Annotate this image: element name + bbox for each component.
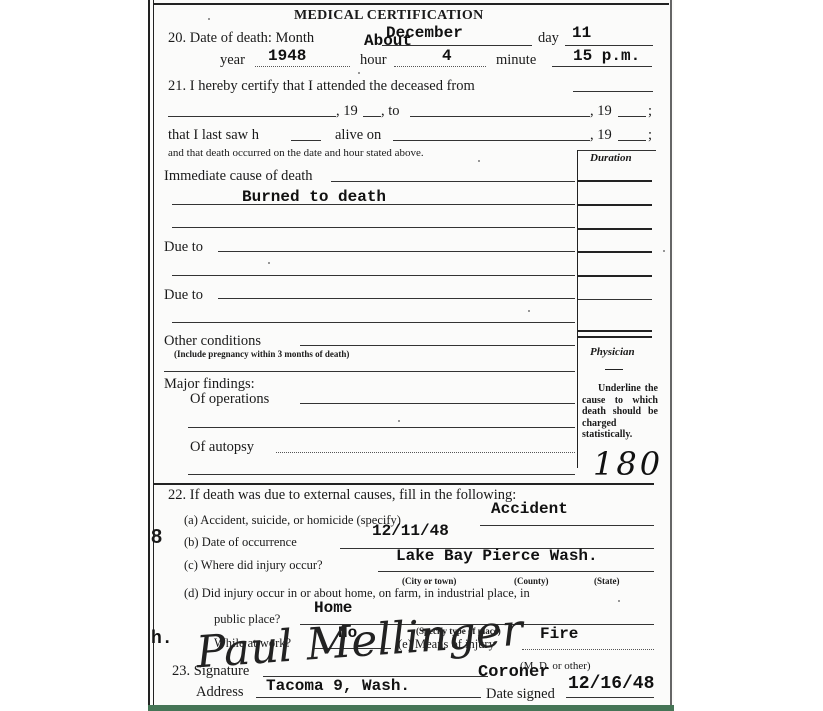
external-causes-heading: 22. If death was due to external causes,… [168,488,516,503]
major-findings-label: Major findings: [164,377,255,392]
minute-label: minute [496,53,536,68]
left-border [148,0,150,705]
hour-label: hour [360,53,387,68]
accident-type-value: Accident [491,501,568,517]
scan-speck [358,72,360,74]
due-to-2-line [218,298,575,299]
cause-line-3 [172,227,575,228]
from-year-line [363,116,381,117]
scan-speck [208,18,210,20]
minute-line [552,66,652,67]
side-column-divider [577,150,578,468]
operations-label: Of operations [190,392,269,407]
scan-speck [268,262,270,264]
date-signed-line [566,697,654,698]
occurrence-date-label: (b) Date of occurrence [184,536,297,549]
line-end-2: ; [648,128,652,143]
physician-header: Physician [590,347,635,358]
duration-line-4 [578,251,652,253]
injury-place-value: Home [314,600,352,616]
other-conditions-line-2 [164,371,575,372]
due-to-1-line-2 [172,275,575,276]
injury-location-value: Lake Bay Pierce Wash. [396,548,598,564]
address-label: Address [196,685,244,700]
hour-qualifier: About [364,33,412,49]
injury-location-line [378,571,654,572]
other-conditions-label: Other conditions [164,334,261,349]
attended-from-line [573,91,653,92]
other-conditions-line [300,345,575,346]
duration-line-2 [578,204,652,206]
date-signed-label: Date signed [486,687,555,702]
immediate-cause-value: Burned to death [242,189,386,205]
left-border-inner [153,0,154,705]
autopsy-line-2 [188,474,575,475]
duration-line-7 [578,330,652,332]
due-to-2-label: Due to [164,288,203,303]
death-minute-value: 15 p.m. [573,48,640,64]
scan-speck [663,250,665,252]
scan-speck [398,420,400,422]
immediate-cause-label: Immediate cause of death [164,169,313,184]
means-of-injury-value: Fire [540,626,578,642]
margin-fragment-text: h. [151,630,173,648]
cause-line-2 [172,204,575,205]
due-to-1-label: Due to [164,240,203,255]
margin-fragment-number: 8 [151,527,162,547]
day-line [565,45,653,46]
death-hour-value: 4 [442,48,452,64]
alive-on-label: alive on [335,128,381,143]
injury-place-label: (d) Did injury occur in or about home, o… [184,587,530,600]
to-year-prefix: , 19 [590,104,612,119]
certify-attended-label: 21. I hereby certify that I attended the… [168,79,475,94]
scan-bottom-edge [148,705,674,711]
duration-header: Duration [590,153,632,164]
last-saw-label: that I last saw h [168,128,259,143]
date-of-death-label: 20. Date of death: Month [168,31,314,46]
operations-line [300,403,575,404]
hour-line [394,66,486,67]
right-border [670,0,672,705]
accident-type-line [480,525,654,526]
death-day-value: 11 [572,25,591,41]
duration-top-line [578,150,656,151]
to-date-line [410,116,590,117]
line-end: ; [648,104,652,119]
scan-speck [618,600,620,602]
alive-year-line [618,140,646,141]
duration-line-6 [578,299,652,300]
year-line [255,66,350,67]
pregnancy-note: (Include pregnancy within 3 months of de… [174,350,349,359]
to-label: , to [381,104,400,119]
county-sublabel: (County) [514,577,549,586]
means-of-injury-line [522,649,654,650]
page-background-right [674,0,823,711]
due-to-1-line [218,251,575,252]
underline-instruction: Underline the cause to which death shoul… [582,383,658,441]
injury-location-label: (c) Where did injury occur? [184,559,323,572]
autopsy-label: Of autopsy [190,440,254,455]
medical-certification-document: MEDICAL CERTIFICATION 20. Date of death:… [148,0,674,705]
scan-speck [478,160,480,162]
pronoun-line [291,140,321,141]
due-to-2-line-2 [172,322,575,323]
scan-speck [528,310,530,312]
state-sublabel: (State) [594,577,620,586]
section-22-divider [154,483,654,485]
duration-line-5 [578,275,652,277]
physician-dash [605,369,623,370]
operations-line-2 [188,427,575,428]
accident-type-label: (a) Accident, suicide, or homicide (spec… [184,514,401,527]
duration-line-1 [578,180,652,182]
from-date-line [168,116,336,117]
duration-line-8 [578,336,652,338]
statistical-code: 180 [593,448,663,480]
occurrence-date-value: 12/11/48 [372,523,449,539]
from-year-prefix: , 19 [336,104,358,119]
day-label: day [538,31,559,46]
alive-year-prefix: , 19 [590,128,612,143]
death-occurred-statement: and that death occurred on the date and … [168,148,424,159]
alive-on-line [393,140,590,141]
top-border [154,3,669,5]
year-label: year [220,53,245,68]
page-background-left [0,0,148,711]
date-signed-value: 12/16/48 [568,675,654,693]
city-sublabel: (City or town) [402,577,456,586]
autopsy-line [276,452,575,453]
section-title: MEDICAL CERTIFICATION [294,9,484,23]
address-value: Tacoma 9, Wash. [266,678,410,694]
to-year-line [618,116,646,117]
duration-line-3 [578,228,652,230]
immediate-cause-line [331,181,575,182]
death-year-value: 1948 [268,48,306,64]
md-or-other-note: (M. D. or other) [520,661,591,672]
address-line [256,697,481,698]
